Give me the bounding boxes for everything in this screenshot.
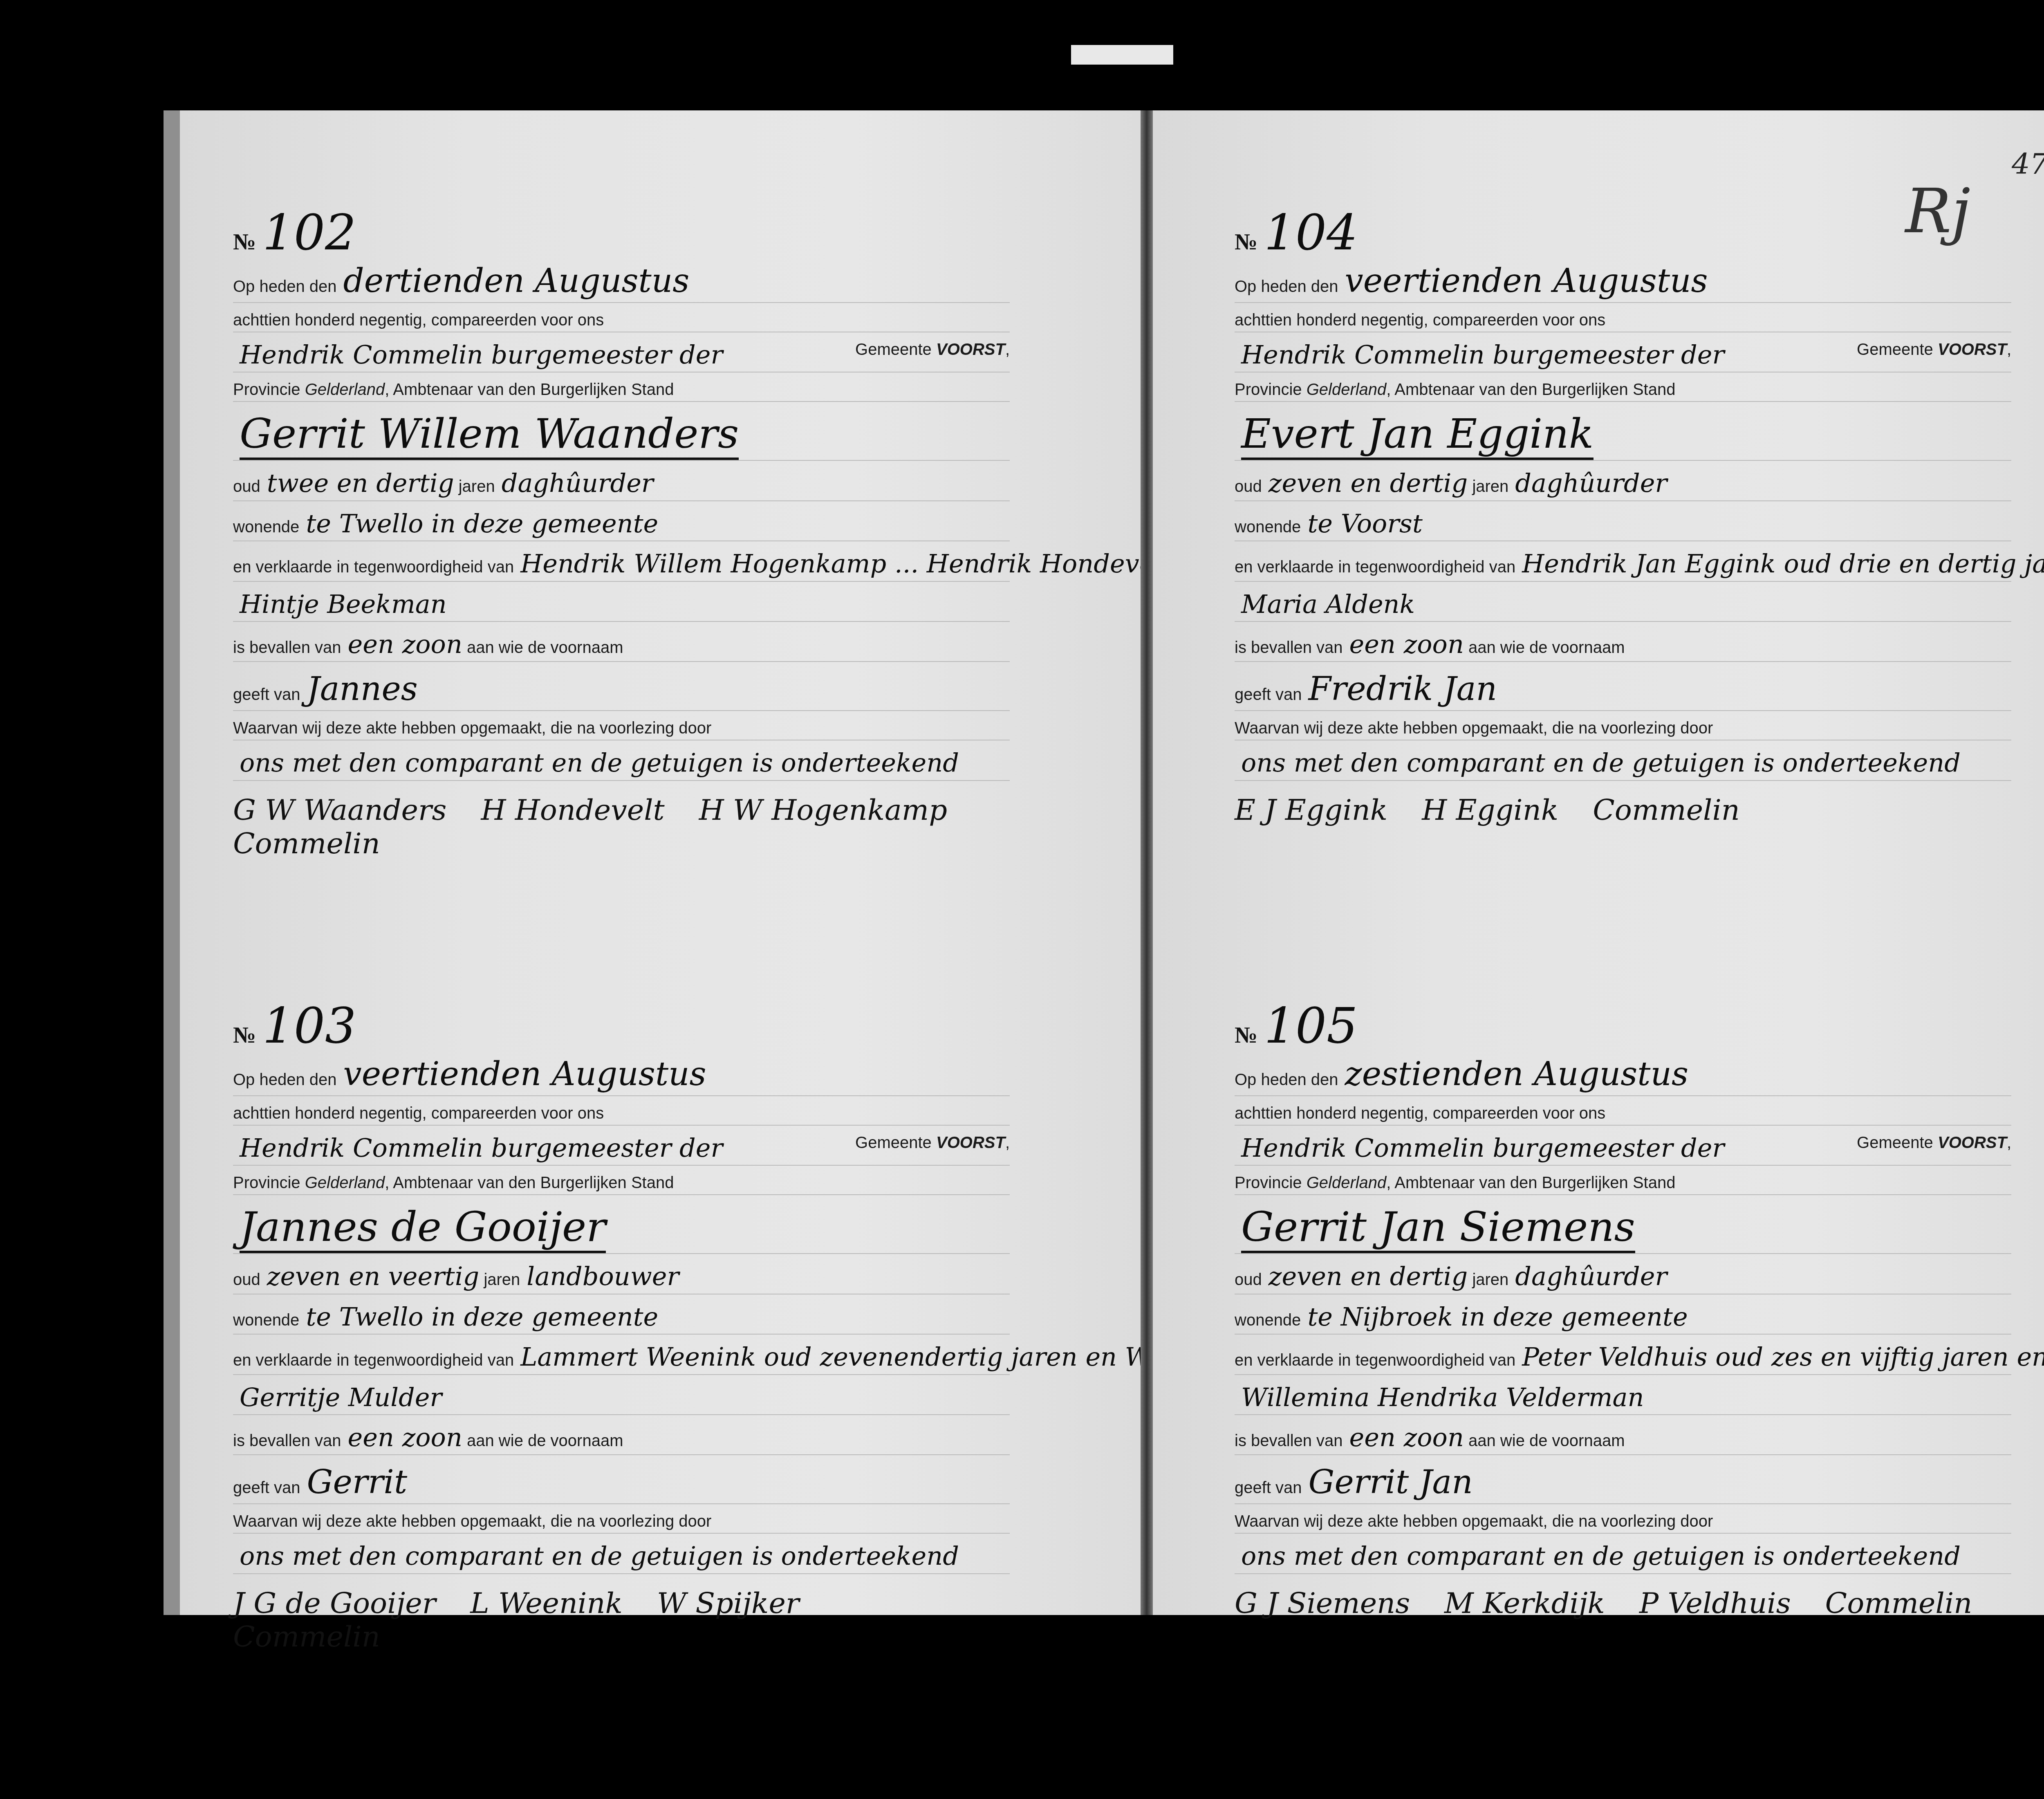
entry-number: №102 — [233, 204, 1010, 261]
left-page: №102 Op heden dendertienden Augustus ach… — [164, 110, 1141, 1615]
signatures: G J Siemens M Kerkdijk P Veldhuis Commel… — [1235, 1586, 2011, 1620]
declarant-name: Evert Jan Eggink — [1241, 410, 1594, 460]
book-spine — [1141, 110, 1153, 1615]
top-scan-tab — [1071, 45, 1173, 65]
register-book: №102 Op heden dendertienden Augustus ach… — [164, 110, 2044, 1615]
right-page: 47 Rj №104 Op heden denveertienden Augus… — [1153, 110, 2044, 1615]
page-number: 47 — [2012, 147, 2044, 181]
declarant-name: Gerrit Willem Waanders — [240, 410, 739, 460]
signatures: G W Waanders H Hondevelt H W Hogenkamp C… — [233, 793, 1010, 860]
entry-number: №105 — [1235, 998, 2011, 1054]
entry-104: №104 Op heden denveertienden Augustus ac… — [1235, 204, 2011, 827]
signatures: J G de Gooijer L Weenink W Spijker Comme… — [233, 1586, 1010, 1653]
declarant-name: Jannes de Gooijer — [240, 1203, 606, 1253]
declarant-name: Gerrit Jan Siemens — [1241, 1203, 1635, 1253]
entry-105: №105 Op heden denzestienden Augustus ach… — [1235, 998, 2011, 1620]
signatures: E J Eggink H Eggink Commelin — [1235, 793, 2011, 827]
entry-number: №103 — [233, 998, 1010, 1054]
entry-102: №102 Op heden dendertienden Augustus ach… — [233, 204, 1010, 860]
entry-103: №103 Op heden denveertienden Augustus ac… — [233, 998, 1010, 1653]
entry-number: №104 — [1235, 204, 2011, 261]
